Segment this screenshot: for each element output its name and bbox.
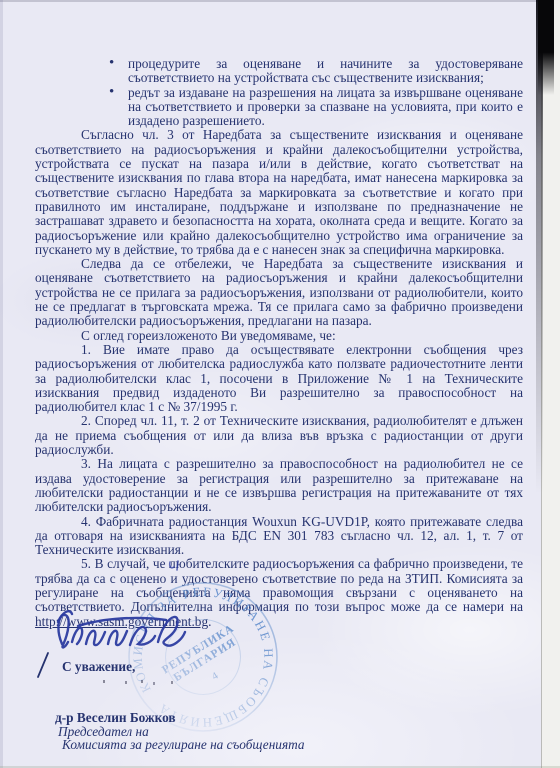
paragraph-intro: С оглед гореизложеното Ви уведомяваме, ч… [35,329,523,343]
stamp-number: 4 [210,670,220,682]
paragraph-scope: Следва да се отбележи, че Наредбата за с… [35,257,523,328]
ink-slash-mark [34,650,52,680]
handwritten-signature [48,604,198,662]
scan-corner-black [538,0,554,95]
ink-tick-mark [168,560,182,574]
scanned-letter-page: процедурите за оценяване и начините за у… [0,0,560,768]
point-3: 3. На лицата с разрешително за правоспос… [35,457,523,514]
point-2: 2. Според чл. 11, т. 2 от Техническите и… [35,414,523,457]
paragraph-regulation: Съгласно чл. 3 от Наредбата за съществен… [35,128,523,257]
point-1: 1. Вие имате право да осъществявате елек… [35,343,523,414]
scanner-background-strip [541,0,560,768]
bullet-item: процедурите за оценяване и начините за у… [105,57,523,86]
bullet-item: редът за издаване на разрешения на лицат… [105,86,523,129]
point-4: 4. Фабричната радиостанция Wouxun KG-UVD… [35,515,523,558]
bullet-list: процедурите за оценяване и начините за у… [105,57,523,128]
paper-specks [103,680,105,683]
page-left-edge-shading [0,0,3,768]
